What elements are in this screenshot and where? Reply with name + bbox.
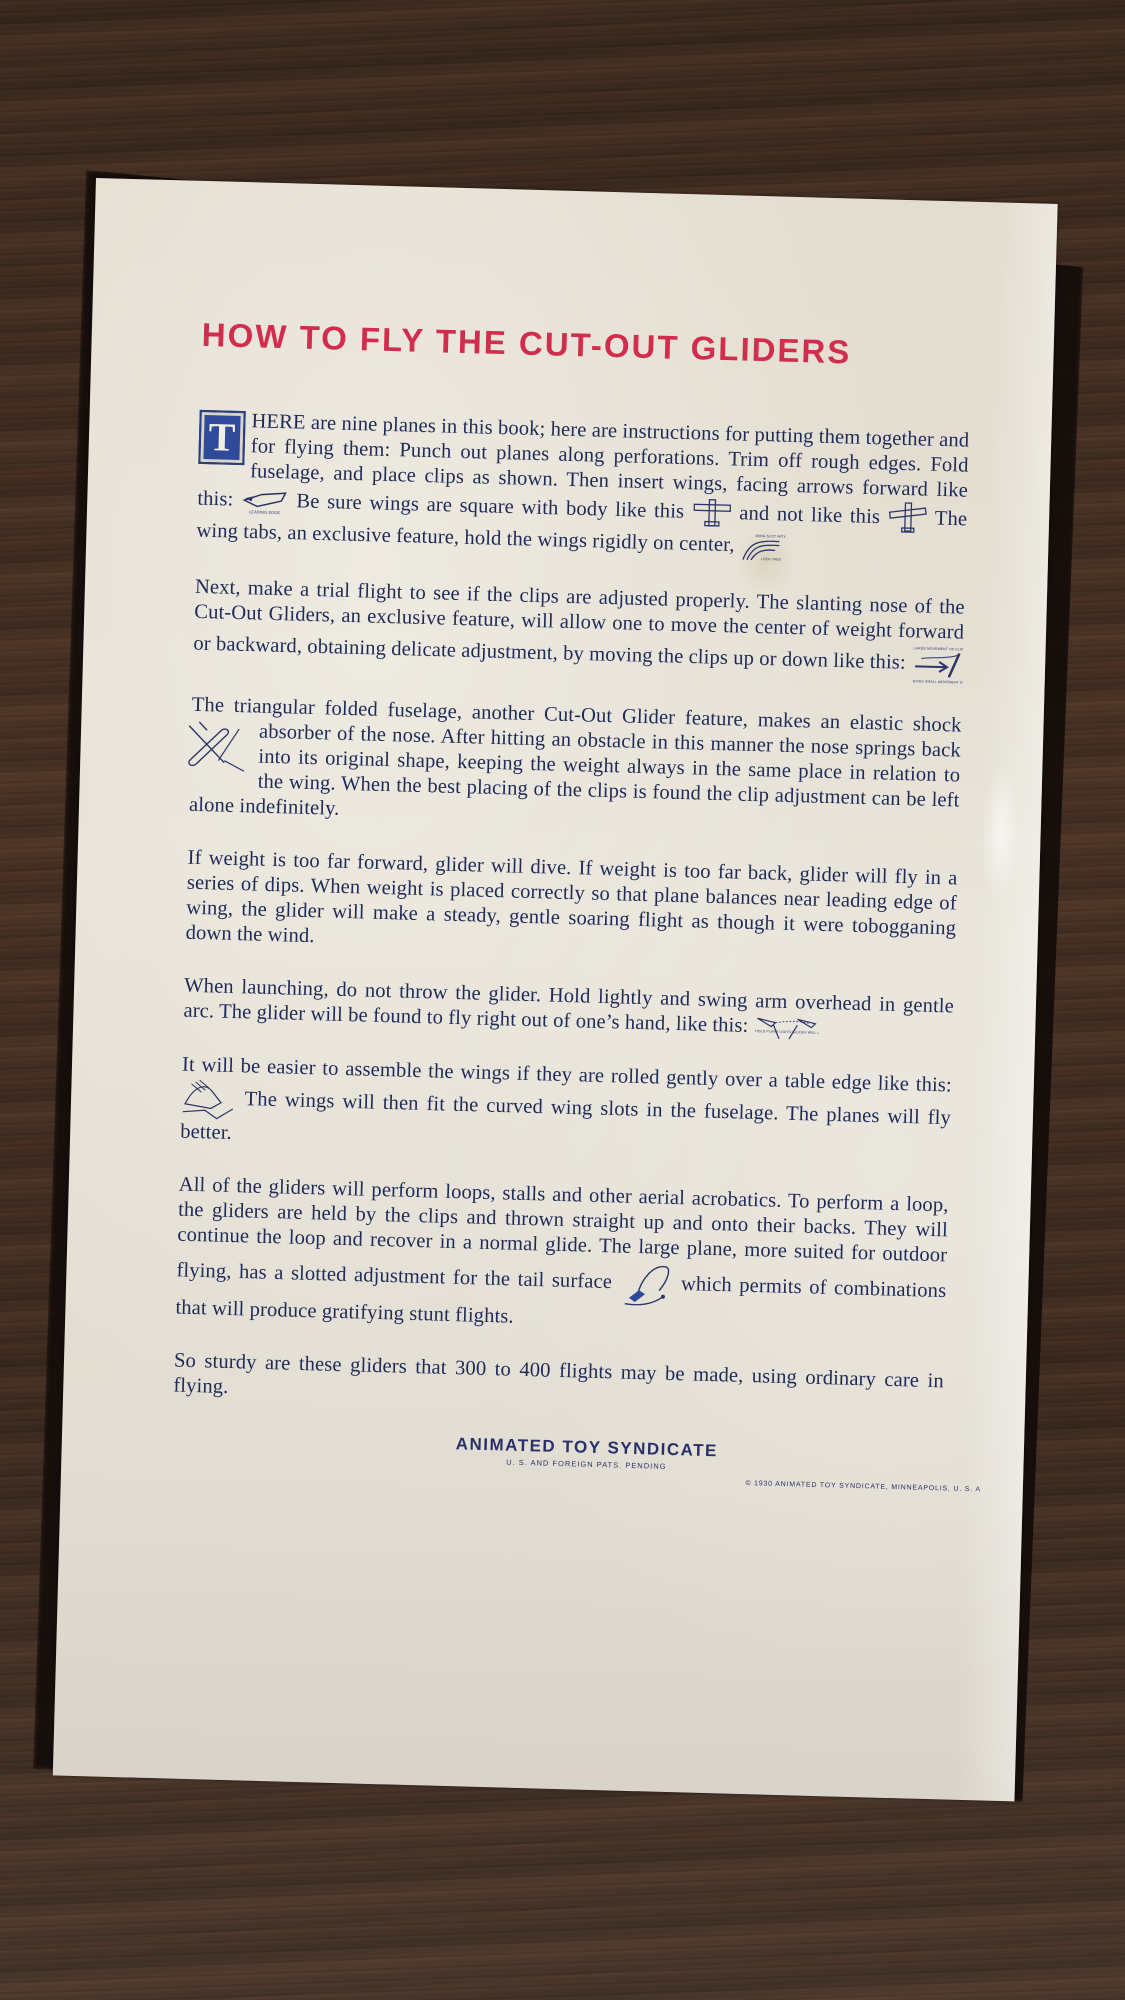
hands-rolling-icon — [181, 1078, 238, 1121]
paper-wear — [979, 762, 1023, 903]
svg-text:HOLD PLANE LIGHTLY: HOLD PLANE LIGHTLY — [755, 1029, 795, 1034]
assembly-text-b: Be sure wings are square with body like … — [296, 490, 684, 522]
svg-text:LOCK TABS: LOCK TABS — [761, 557, 782, 562]
paragraph-weight-balance: If weight is too far forward, glider wil… — [185, 846, 957, 967]
paragraph-launching: When launching, do not throw the glider.… — [183, 974, 954, 1046]
paragraph-shock-absorber: The triangular folded fuselage, another … — [189, 693, 962, 839]
trial-flight-text: Next, make a trial flight to see if the … — [193, 576, 965, 674]
instruction-page: HOW TO FLY THE CUT-OUT GLIDERS T HERE ar… — [53, 178, 1058, 1801]
paragraph-durability: So sturdy are these gliders that 300 to … — [173, 1349, 944, 1420]
launch-arc-icon: HOLD PLANE LIGHTLYGLIDES WILL LIFT RIGHT… — [753, 1014, 820, 1042]
square-wing-icon — [691, 498, 732, 529]
launching-text: When launching, do not throw the glider.… — [183, 975, 954, 1037]
clip-adjust-icon: LARGE MOVEMENT OF CLIP THIS WAYGIVES SMA… — [910, 644, 963, 685]
copyright-notice: © 1930 ANIMATED TOY SYNDICATE, MINNEAPOL… — [745, 1480, 981, 1493]
paragraph-acrobatics: All of the gliders will perform loops, s… — [175, 1173, 949, 1342]
page-content: HOW TO FLY THE CUT-OUT GLIDERS T HERE ar… — [171, 316, 972, 1479]
drop-cap: T — [198, 410, 245, 465]
svg-text:GIVES SMALL MOVEMENT OF CENTER: GIVES SMALL MOVEMENT OF CENTER OF WEIGHT — [912, 679, 963, 685]
svg-text:LARGE MOVEMENT OF CLIP THIS WA: LARGE MOVEMENT OF CLIP THIS WAY — [913, 646, 963, 652]
wing-rolling-text-b: The wings will then fit the curved wing … — [244, 1088, 818, 1126]
svg-text:GLIDES WILL LIFT RIGHT OUT: GLIDES WILL LIFT RIGHT OUT — [793, 1030, 820, 1035]
bent-nose-icon — [184, 720, 249, 774]
tail-adjustment-icon — [619, 1260, 674, 1309]
svg-text:WING SLOT WITH: WING SLOT WITH — [756, 534, 786, 539]
svg-text:LEADING EDGE: LEADING EDGE — [249, 509, 281, 515]
wing-tab-icon: WING SLOT WITHLOCK TABS — [739, 532, 786, 563]
assembly-text-c: and not like this — [739, 502, 880, 528]
page-footer: ANIMATED TOY SYNDICATE U. S. AND FOREIGN… — [171, 1427, 942, 1479]
crooked-wing-icon — [887, 502, 928, 537]
paragraph-assembly: T HERE are nine planes in this book; her… — [196, 408, 969, 568]
wing-arrow-icon: LEADING EDGE — [241, 488, 290, 515]
paragraph-trial-flight: Next, make a trial flight to see if the … — [193, 575, 965, 686]
paragraph-wing-rolling: It will be easier to assemble the wings … — [180, 1053, 952, 1166]
page-title: HOW TO FLY THE CUT-OUT GLIDERS — [201, 316, 972, 375]
acrobatics-text-a: All of the gliders will perform loops, s… — [176, 1174, 949, 1293]
